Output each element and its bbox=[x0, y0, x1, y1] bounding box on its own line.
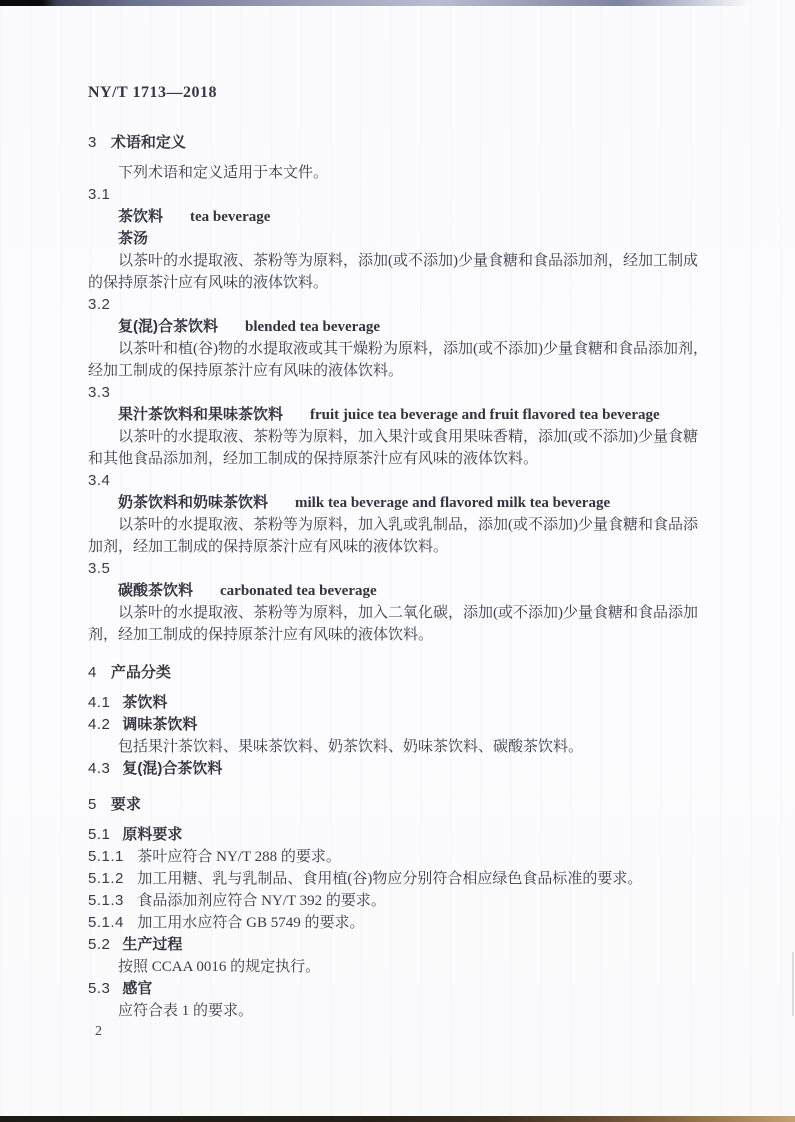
section-5-number: 5 bbox=[88, 796, 97, 813]
clause-5-3-heading: 5.3感官 bbox=[88, 978, 712, 1000]
clause-4-1-title: 茶饮料 bbox=[122, 694, 167, 711]
term-3-1-alias: 茶汤 bbox=[88, 228, 712, 250]
standard-code: NY/T 1713—2018 bbox=[88, 82, 712, 104]
term-3-5-definition: 以茶叶的水提取液、茶粉等为原料，加入二氧化碳，添加(或不添加)少量食糖和食品添加… bbox=[88, 602, 712, 646]
term-3-4-number: 3.4 bbox=[88, 470, 712, 492]
clause-5-1-1: 5.1.1茶叶应符合 NY/T 288 的要求。 bbox=[88, 846, 712, 868]
term-3-5-number: 3.5 bbox=[88, 558, 712, 580]
clause-5-2-body: 按照 CCAA 0016 的规定执行。 bbox=[88, 956, 712, 978]
section-3-heading: 3术语和定义 bbox=[88, 132, 712, 154]
page-number: 2 bbox=[95, 1024, 102, 1040]
clause-5-3-number: 5.3 bbox=[88, 980, 110, 997]
clause-5-1-1-text: 茶叶应符合 NY/T 288 的要求。 bbox=[137, 849, 340, 865]
section-3-number: 3 bbox=[88, 134, 97, 151]
term-3-3-number: 3.3 bbox=[88, 382, 712, 404]
clause-5-2-number: 5.2 bbox=[88, 936, 110, 953]
clause-5-1-3-number: 5.1.3 bbox=[88, 892, 124, 909]
term-3-2-cn: 复(混)合茶饮料 bbox=[118, 318, 218, 335]
term-3-1-en: tea beverage bbox=[190, 209, 270, 225]
clause-5-1-2: 5.1.2加工用糖、乳与乳制品、食用植(谷)物应分别符合相应绿色食品标准的要求。 bbox=[88, 868, 712, 890]
clause-5-1-2-text: 加工用糖、乳与乳制品、食用植(谷)物应分别符合相应绿色食品标准的要求。 bbox=[137, 871, 642, 887]
clause-5-1-3: 5.1.3食品添加剂应符合 NY/T 392 的要求。 bbox=[88, 890, 712, 912]
term-3-2-name: 复(混)合茶饮料blended tea beverage bbox=[88, 316, 712, 338]
section-5-title: 要求 bbox=[111, 796, 141, 813]
clause-4-2-title: 调味茶饮料 bbox=[122, 716, 197, 733]
term-3-2-en: blended tea beverage bbox=[245, 319, 380, 335]
clause-4-3-heading: 4.3复(混)合茶饮料 bbox=[88, 758, 712, 780]
term-3-1-definition: 以茶叶的水提取液、茶粉等为原料，添加(或不添加)少量食糖和食品添加剂，经加工制成… bbox=[88, 250, 712, 294]
clause-5-1-heading: 5.1原料要求 bbox=[88, 824, 712, 846]
clause-4-1-number: 4.1 bbox=[88, 694, 110, 711]
clause-5-2-heading: 5.2生产过程 bbox=[88, 934, 712, 956]
term-3-4-en: milk tea beverage and flavored milk tea … bbox=[295, 495, 610, 511]
clause-5-1-3-text: 食品添加剂应符合 NY/T 392 的要求。 bbox=[137, 893, 385, 909]
clause-5-2-title: 生产过程 bbox=[122, 936, 182, 953]
clause-4-2-number: 4.2 bbox=[88, 716, 110, 733]
term-3-1-number: 3.1 bbox=[88, 184, 712, 206]
scan-artifact-top-edge bbox=[0, 0, 750, 6]
section-3-intro: 下列术语和定义适用于本文件。 bbox=[88, 162, 712, 184]
clause-5-1-4-text: 加工用水应符合 GB 5749 的要求。 bbox=[137, 915, 364, 931]
term-3-1-name: 茶饮料tea beverage bbox=[88, 206, 712, 228]
term-3-4-name: 奶茶饮料和奶味茶饮料milk tea beverage and flavored… bbox=[88, 492, 712, 514]
section-5-heading: 5要求 bbox=[88, 794, 712, 816]
section-4-title: 产品分类 bbox=[111, 664, 171, 681]
clause-4-3-number: 4.3 bbox=[88, 760, 110, 777]
clause-5-3-body: 应符合表 1 的要求。 bbox=[88, 1000, 712, 1022]
clause-5-1-title: 原料要求 bbox=[122, 826, 182, 843]
clause-5-1-4-number: 5.1.4 bbox=[88, 914, 124, 931]
document-page: NY/T 1713—2018 3术语和定义 下列术语和定义适用于本文件。 3.1… bbox=[0, 0, 795, 1122]
term-3-2-definition: 以茶叶和植(谷)物的水提取液或其干燥粉为原料，添加(或不添加)少量食糖和食品添加… bbox=[88, 338, 712, 382]
term-3-1-cn: 茶饮料 bbox=[118, 208, 163, 225]
clause-4-3-title: 复(混)合茶饮料 bbox=[122, 760, 222, 777]
clause-4-2-heading: 4.2调味茶饮料 bbox=[88, 714, 712, 736]
term-3-4-cn: 奶茶饮料和奶味茶饮料 bbox=[118, 494, 268, 511]
clause-5-1-1-number: 5.1.1 bbox=[88, 848, 124, 865]
clause-4-1-heading: 4.1茶饮料 bbox=[88, 692, 712, 714]
clause-4-2-body: 包括果汁茶饮料、果味茶饮料、奶茶饮料、奶味茶饮料、碳酸茶饮料。 bbox=[88, 736, 712, 758]
section-3-title: 术语和定义 bbox=[111, 134, 186, 151]
section-4-heading: 4产品分类 bbox=[88, 662, 712, 684]
clause-5-3-title: 感官 bbox=[122, 980, 152, 997]
page-content: NY/T 1713—2018 3术语和定义 下列术语和定义适用于本文件。 3.1… bbox=[88, 82, 712, 1022]
scan-artifact-right-edge bbox=[792, 952, 794, 1016]
scan-artifact-bottom-edge bbox=[0, 1116, 795, 1122]
term-3-5-en: carbonated tea beverage bbox=[220, 583, 377, 599]
section-4-number: 4 bbox=[88, 664, 97, 681]
term-3-3-name: 果汁茶饮料和果味茶饮料fruit juice tea beverage and … bbox=[88, 404, 712, 426]
term-3-3-definition: 以茶叶的水提取液、茶粉等为原料，加入果汁或食用果味香精，添加(或不添加)少量食糖… bbox=[88, 426, 712, 470]
term-3-4-definition: 以茶叶的水提取液、茶粉等为原料，加入乳或乳制品，添加(或不添加)少量食糖和食品添… bbox=[88, 514, 712, 558]
term-3-2-number: 3.2 bbox=[88, 294, 712, 316]
term-3-3-en: fruit juice tea beverage and fruit flavo… bbox=[310, 407, 660, 423]
clause-5-1-number: 5.1 bbox=[88, 826, 110, 843]
term-3-5-cn: 碳酸茶饮料 bbox=[118, 582, 193, 599]
term-3-5-name: 碳酸茶饮料carbonated tea beverage bbox=[88, 580, 712, 602]
term-3-3-cn: 果汁茶饮料和果味茶饮料 bbox=[118, 406, 283, 423]
clause-5-1-4: 5.1.4加工用水应符合 GB 5749 的要求。 bbox=[88, 912, 712, 934]
clause-5-1-2-number: 5.1.2 bbox=[88, 870, 124, 887]
